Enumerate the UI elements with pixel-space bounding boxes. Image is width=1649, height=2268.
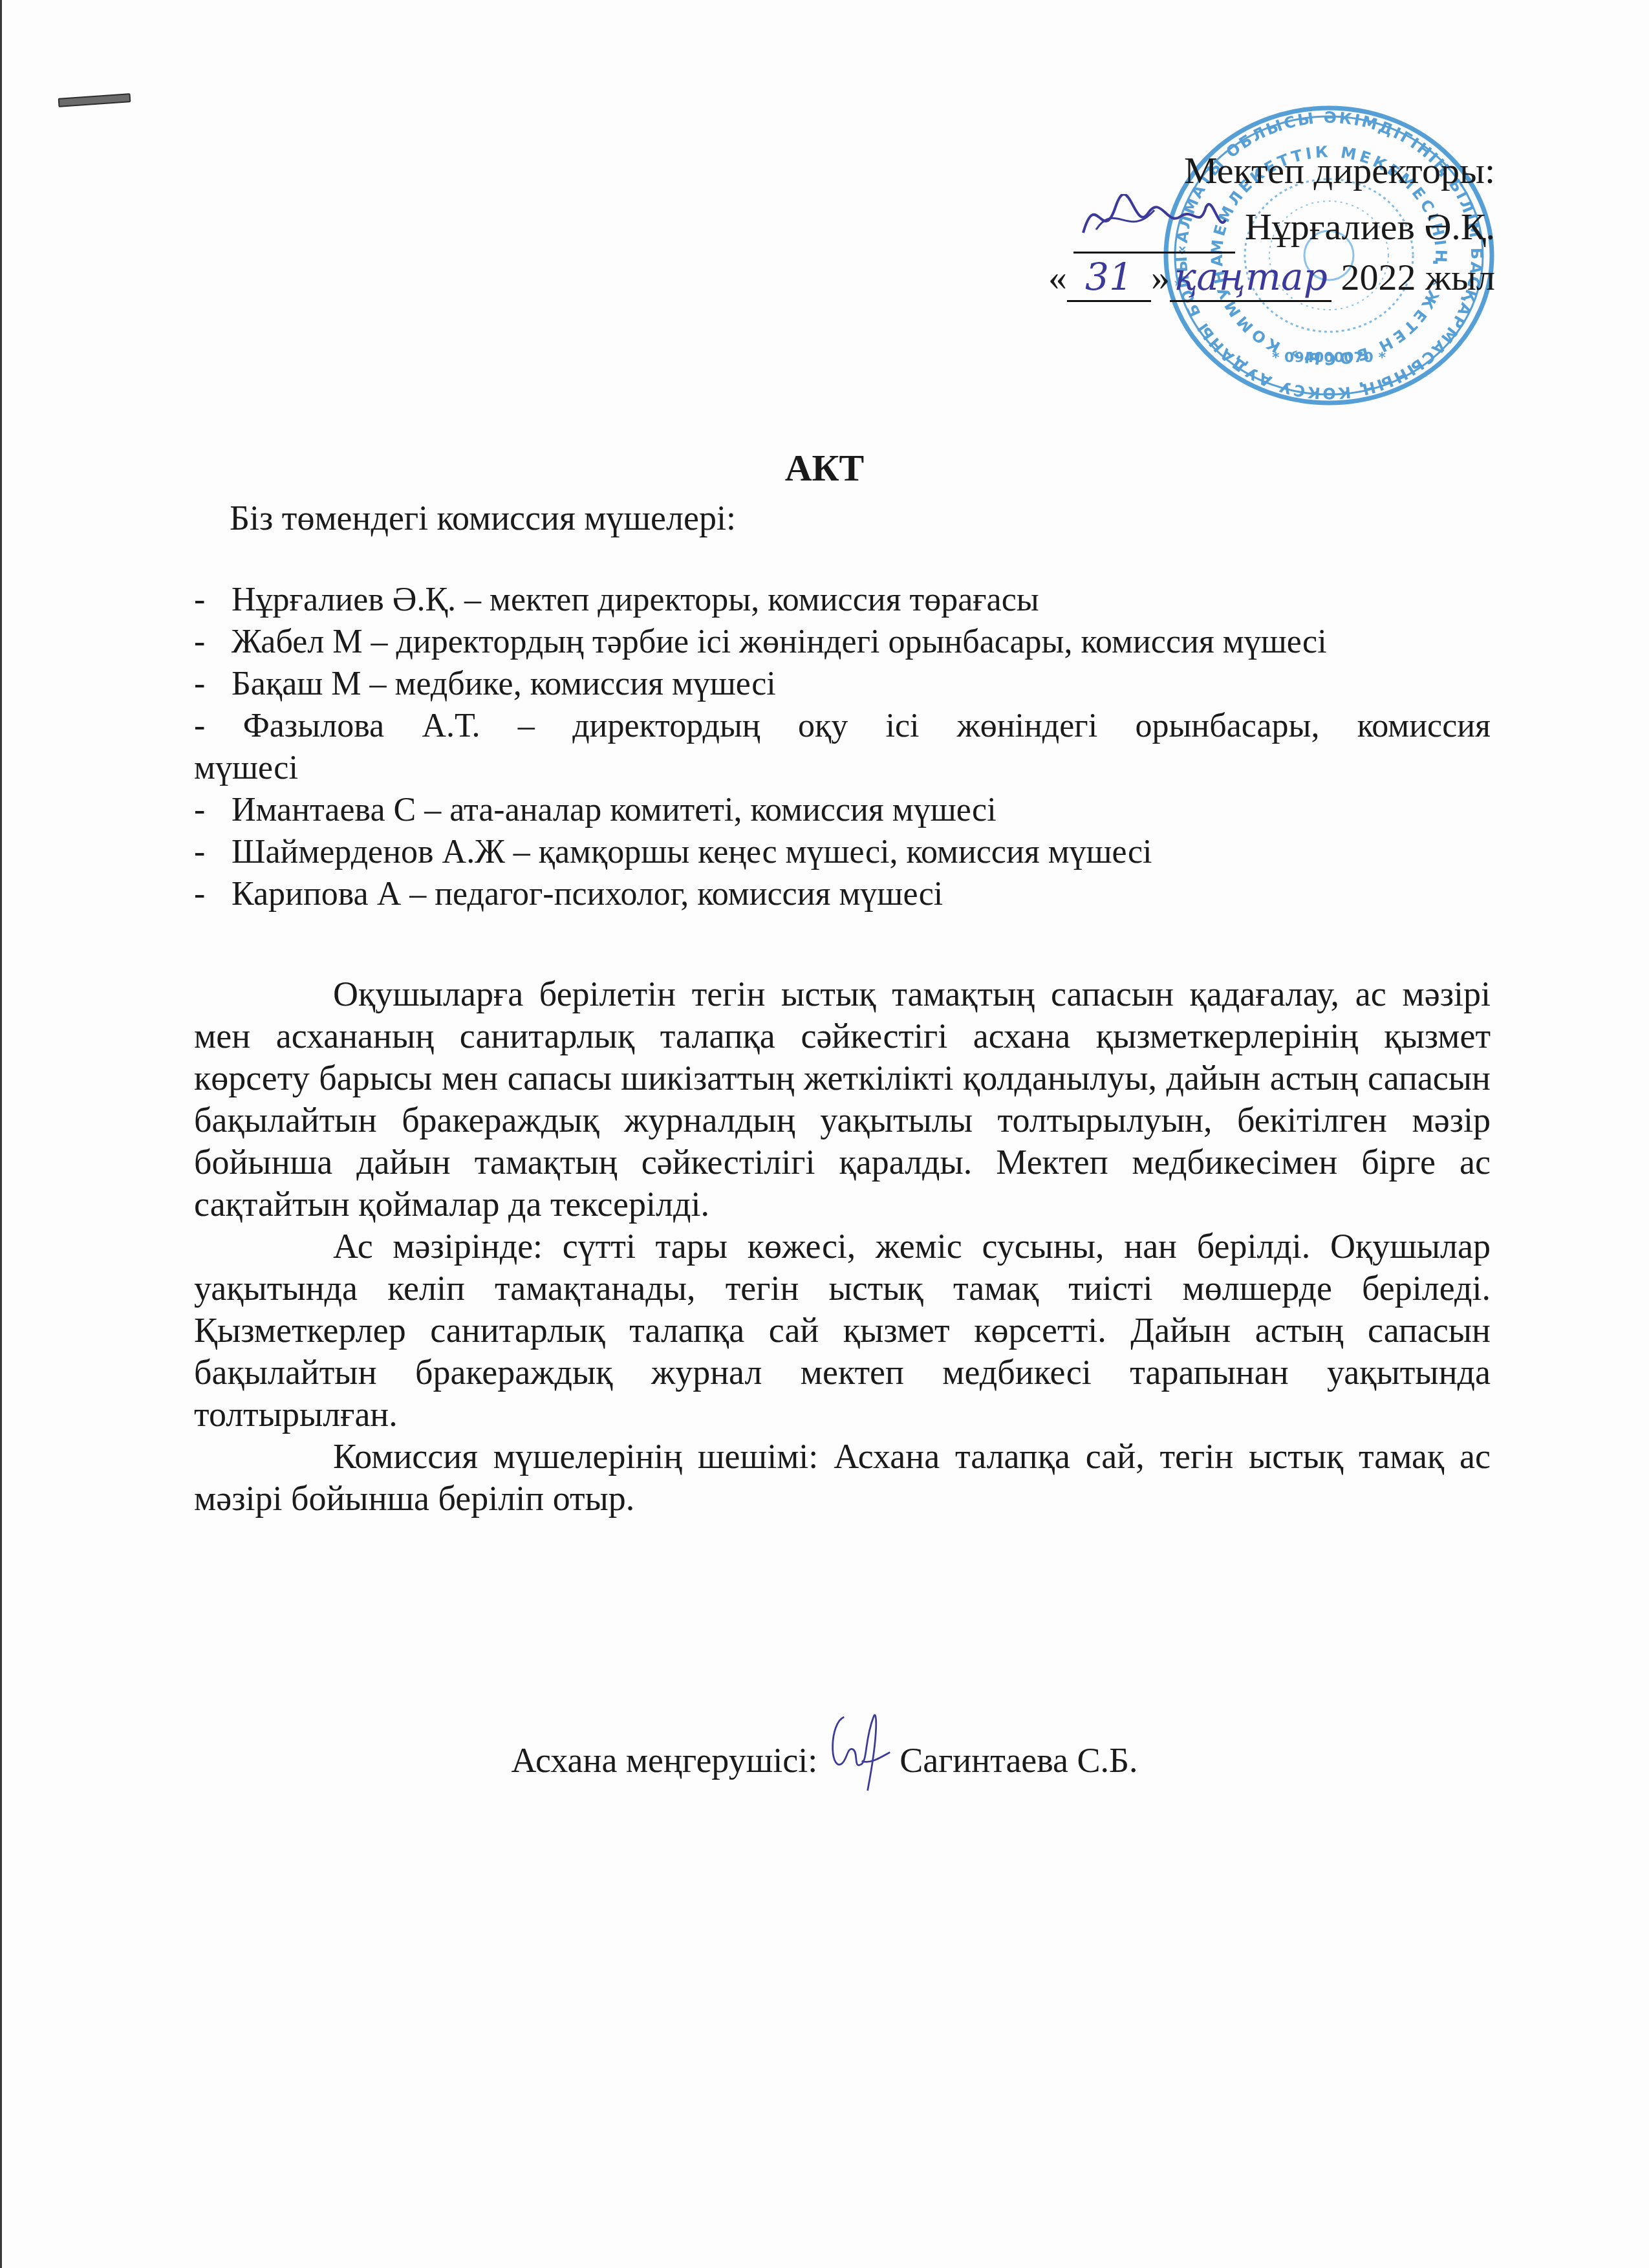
director-signature [1073,194,1235,254]
signature-name: Сагинтаева С.Б. [900,1741,1137,1780]
paragraph-menu: Ас мәзірінде: сүтті тары көжесі, жеміс с… [194,1226,1491,1436]
date-year: 2022 жыл [1341,256,1496,298]
member-item: - Бақаш М – медбике, комиссия мүшесі [194,663,1491,705]
document-body: Оқушыларға берілетін тегін ыстық тамақты… [194,973,1491,1520]
scanned-document-page: «АЛМАТЫ ОБЛЫСЫ ӘКІМДІГІНІҢ БІЛІМ БАСҚАРМ… [0,0,1649,2268]
date-day: 31 [1067,254,1151,302]
commission-members-list: - Нұрғалиев Ә.Қ. – мектеп директоры, ком… [194,579,1491,915]
member-item: - Жабел М – директордың тәрбие ісі жөнін… [194,621,1491,663]
member-item-line1: - Фазылова А.Т. – директордың оқу ісі жө… [194,705,1491,747]
approval-date-line: «31»қаңтар 2022 жыл [1048,254,1495,302]
paragraph-decision: Комиссия мүшелерінің шешімі: Асхана тала… [194,1436,1491,1520]
signature-scribble-icon [1077,194,1232,239]
member-item: - Шаймерденов А.Ж – қамқоршы кеңес мүшес… [194,831,1491,873]
date-month: қаңтар [1170,254,1331,302]
quote-close: » [1151,256,1170,298]
approval-block: Мектеп директоры: Нұрғалиев Ә.Қ. «31»қаң… [1048,147,1495,302]
staple-mark [58,93,131,107]
signature-scribble-icon [826,1701,891,1798]
member-item: - Имантаева С – ата-аналар комитеті, ком… [194,789,1491,831]
approval-position: Мектеп директоры: [1048,147,1495,194]
paragraph-inspection: Оқушыларға берілетін тегін ыстық тамақты… [194,973,1491,1226]
member-item: - Нұрғалиев Ә.Қ. – мектеп директоры, ком… [194,579,1491,621]
document-title: АКТ [0,446,1649,490]
scan-edge [0,0,2,2268]
member-item-line2: мүшесі [194,747,1491,789]
member-item: - Карипова А – педагог-психолог, комисси… [194,873,1491,915]
member-item: - Фазылова А.Т. – директордың оқу ісі жө… [194,705,1491,789]
director-name: Нұрғалиев Ә.Қ. [1245,206,1495,248]
signature-position: Асхана меңгерушісі: [511,1741,817,1780]
intro-text: Біз төмендегі комиссия мүшелері: [230,498,736,538]
quote-open: « [1048,256,1067,298]
stamp-bin: * 094000070 * [1272,350,1386,366]
approval-name-line: Нұрғалиев Ә.Қ. [1048,194,1495,254]
canteen-manager-signature-row: Асхана меңгерушісі: Сагинтаева С.Б. [0,1701,1649,1798]
